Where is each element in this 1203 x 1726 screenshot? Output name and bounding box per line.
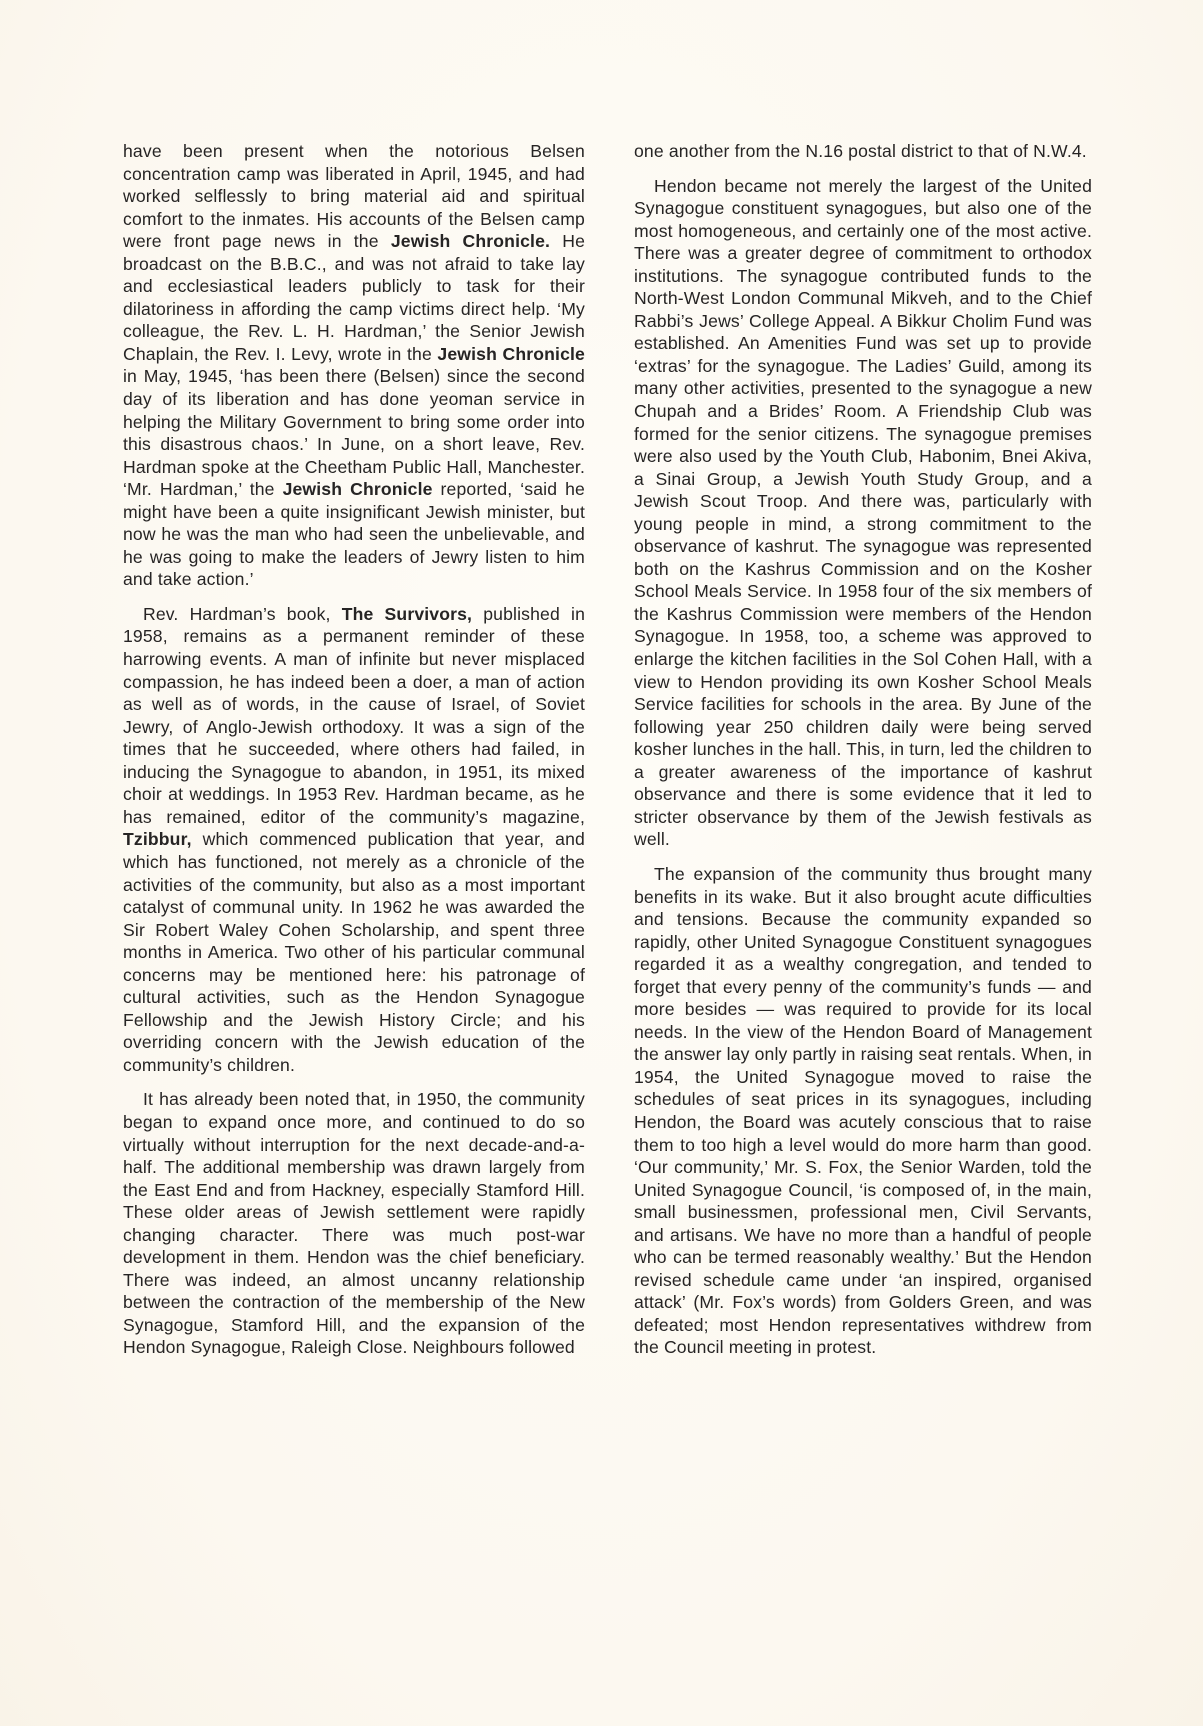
book-page: have been present when the notorious Bel… [0, 0, 1203, 1726]
bold-title-text: Tzibbur, [123, 829, 192, 849]
text-column-left: have been present when the notorious Bel… [123, 140, 585, 1371]
body-text: Rev. Hardman’s book, [143, 604, 342, 624]
paragraph: The expansion of the community thus brou… [634, 863, 1092, 1359]
bold-title-text: Jewish Chronicle [437, 344, 585, 364]
body-text: Hendon became not merely the largest of … [634, 176, 1092, 850]
body-text: The expansion of the community thus brou… [634, 864, 1092, 1357]
paragraph: Hendon became not merely the largest of … [634, 175, 1092, 851]
body-text: It has already been noted that, in 1950,… [123, 1089, 585, 1357]
body-text: pub­lished in 1958, remains as a permane… [123, 604, 585, 827]
bold-title-text: The Survivors, [342, 604, 472, 624]
text-column-right: one another from the N.16 postal distric… [634, 140, 1092, 1371]
paragraph: have been present when the notorious Bel… [123, 140, 585, 591]
bold-title-text: Jewish Chronicle [283, 479, 433, 499]
paragraph: Rev. Hardman’s book, The Survivors, pub­… [123, 603, 585, 1076]
paragraph: one another from the N.16 postal distric… [634, 140, 1092, 163]
body-text: one another from the N.16 postal distric… [634, 141, 1087, 161]
body-text: which commenced publication that year, a… [123, 829, 585, 1074]
paragraph: It has already been noted that, in 1950,… [123, 1088, 585, 1359]
bold-title-text: Jewish Chronicle. [391, 231, 550, 251]
